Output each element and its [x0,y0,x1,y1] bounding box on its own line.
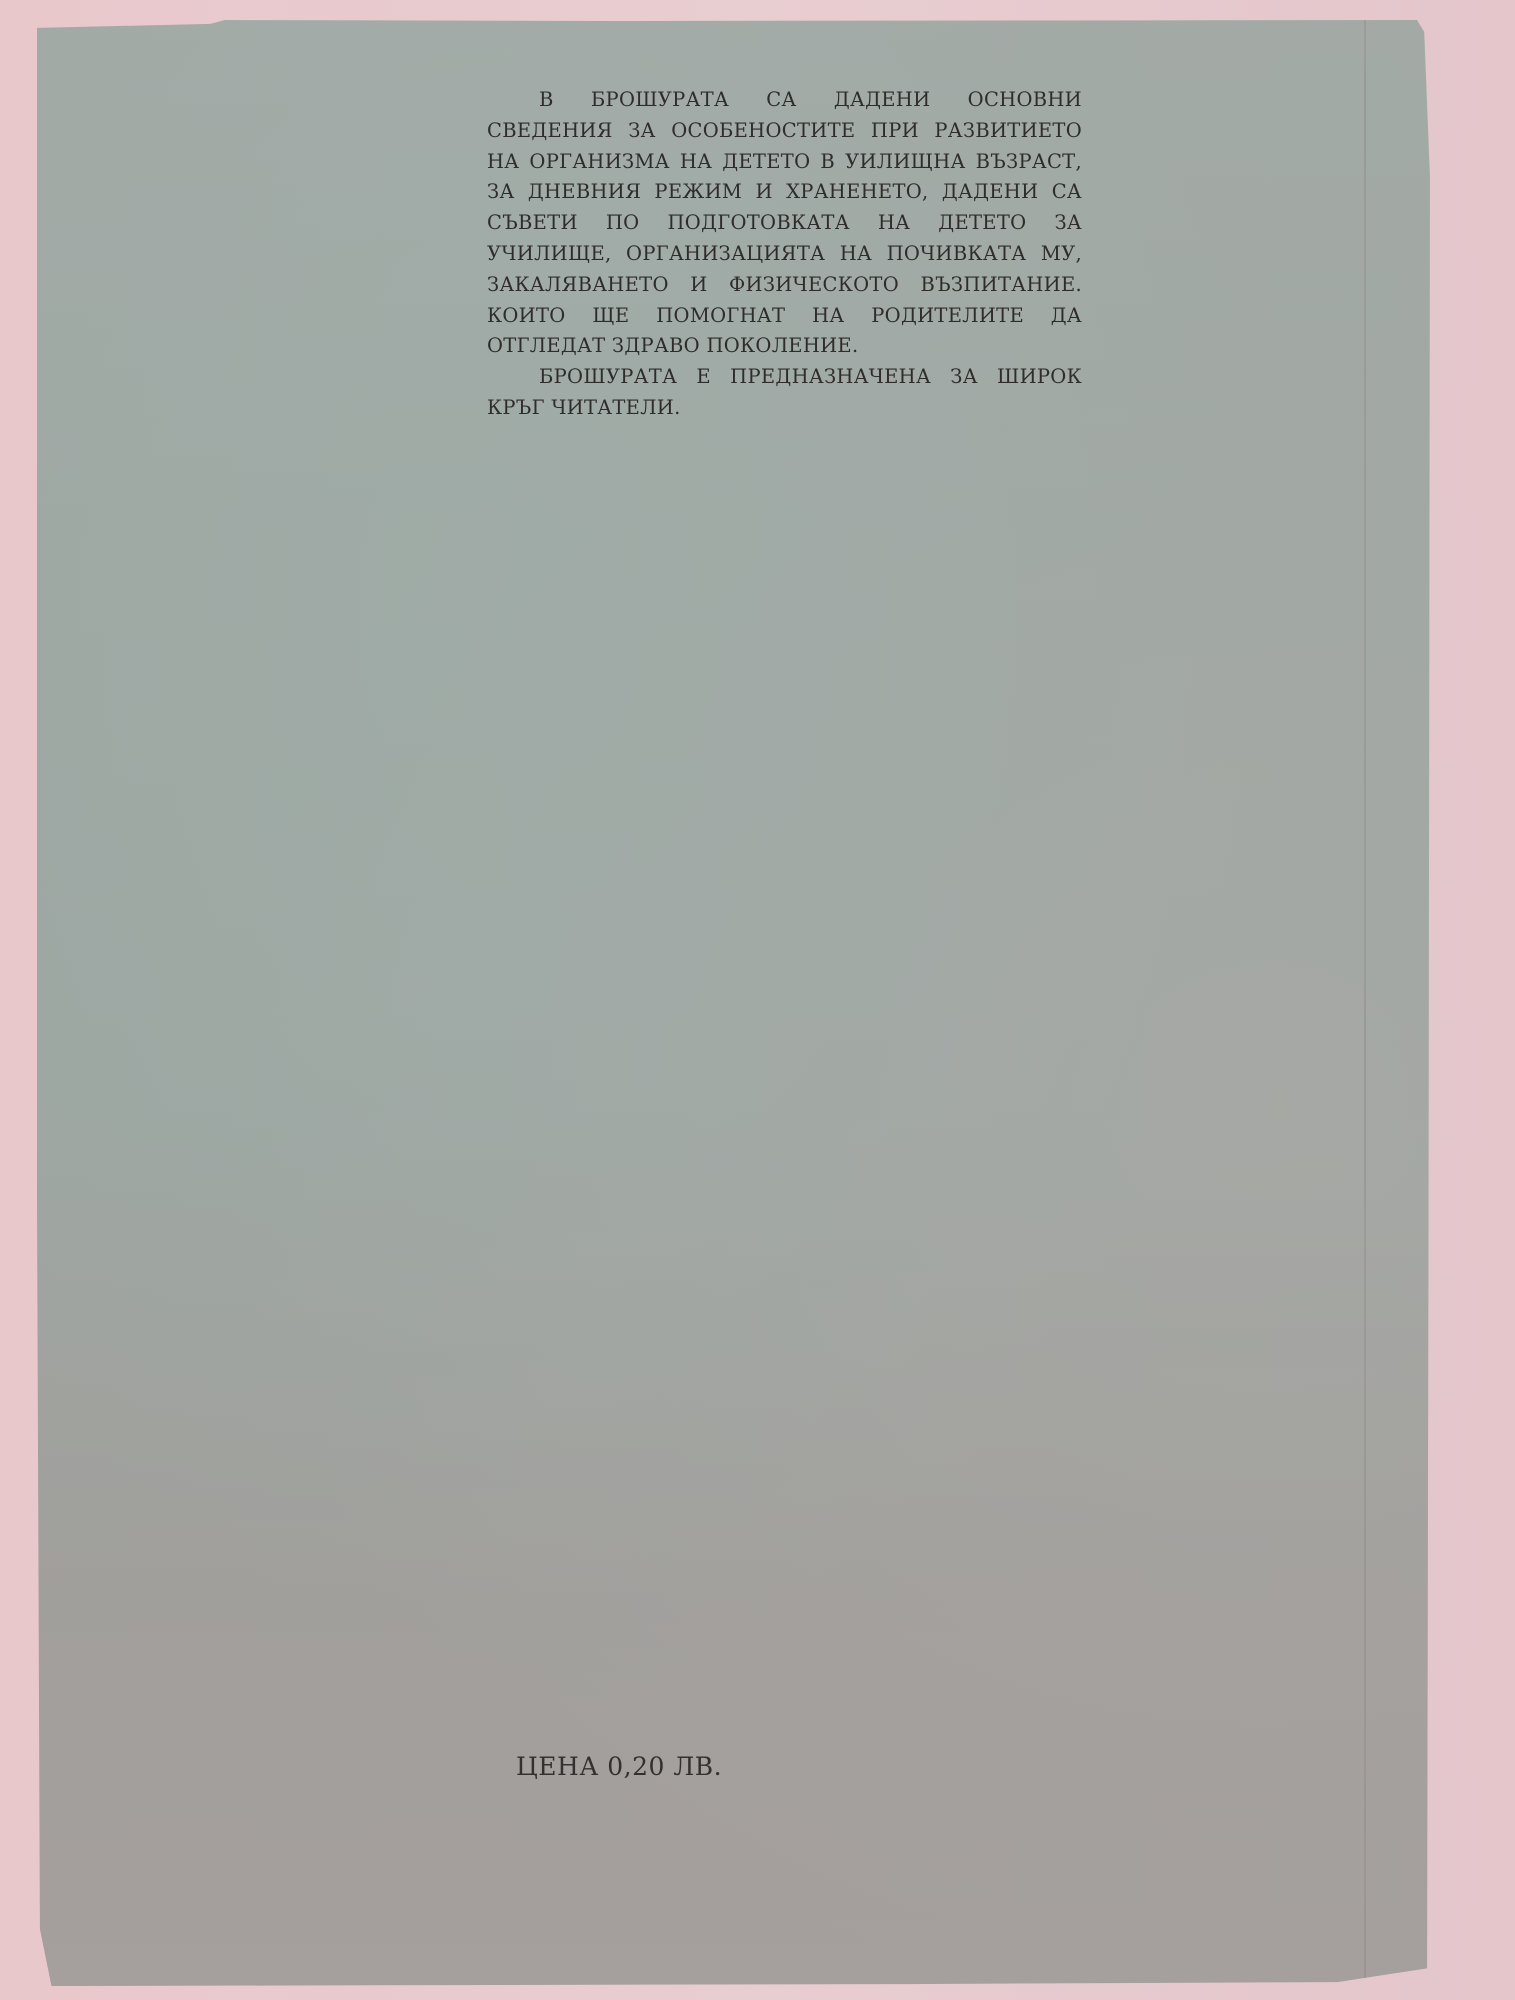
audience-paragraph: Брошурата е предназначена за широк кръг … [487,362,1082,424]
cover-fold-line [1364,20,1366,1988]
price-label: ЦЕНА 0,20 ЛВ. [516,1752,722,1781]
cover-description: В брошурата са дадени основни сведения з… [487,85,1082,424]
description-paragraph: В брошурата са дадени основни сведения з… [487,85,1082,362]
